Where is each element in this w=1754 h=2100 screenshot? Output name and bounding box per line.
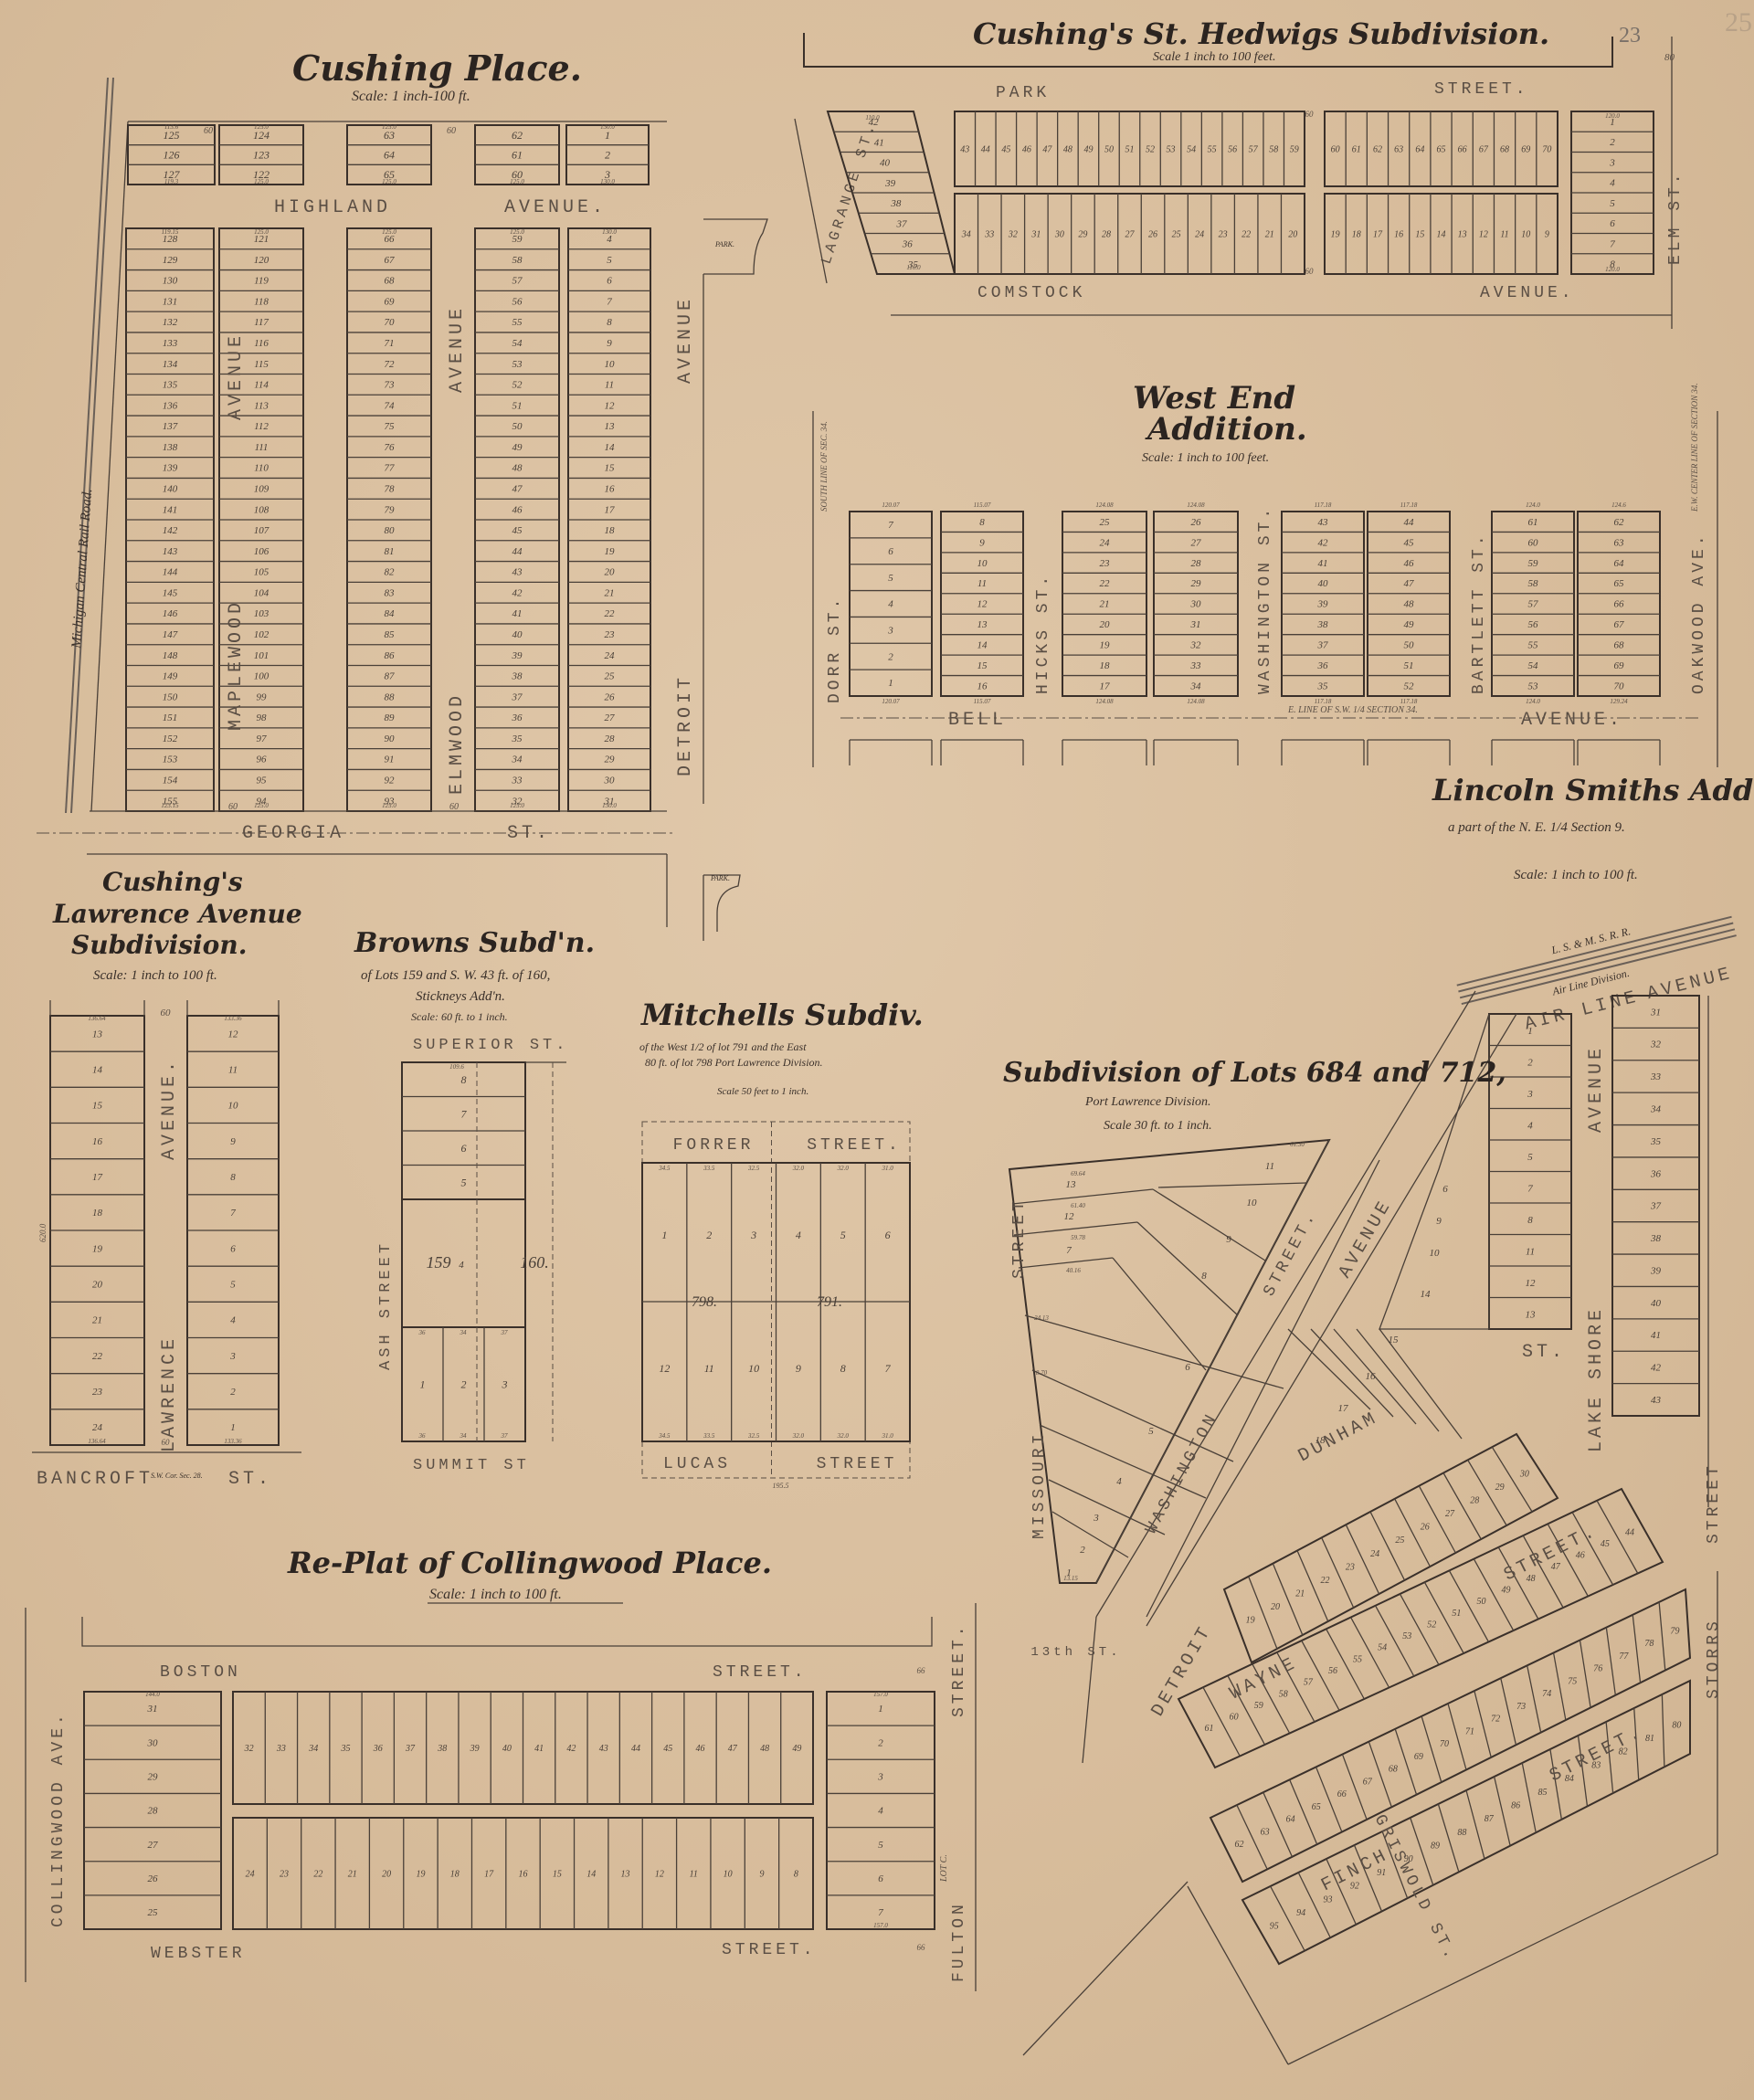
lot-number: 3 (1093, 1513, 1099, 1524)
svg-text:125.0: 125.0 (254, 228, 269, 236)
svg-text:89: 89 (1431, 1841, 1440, 1852)
lot-number: 149 (163, 671, 178, 682)
lot-number: 9 (979, 537, 985, 548)
lot-number: 77 (385, 463, 396, 474)
lot-number: 24 (605, 650, 616, 661)
lot-number: 80 (385, 525, 396, 536)
svg-text:10: 10 (1430, 1248, 1441, 1259)
lot-number: 14 (586, 1869, 596, 1879)
street-oakwood: OAKWOOD AVE. (1690, 532, 1708, 694)
lincoln-smiths-subtitle: a part of the N. E. 1/4 Section 9. (1448, 820, 1625, 835)
svg-text:136.64: 136.64 (88, 1015, 106, 1022)
svg-text:4: 4 (1527, 1121, 1533, 1132)
street-georgia-st: ST. (507, 823, 551, 844)
lot-number: 10 (724, 1869, 733, 1879)
svg-text:125.0: 125.0 (382, 123, 396, 131)
lot-number: 62 (1373, 144, 1382, 154)
plat-map-canvas: 23 25 Cushing Place. Scale: 1 inch-100 f… (0, 0, 1754, 2100)
browns-scale: Scale: 60 ft. to 1 inch. (411, 1010, 508, 1023)
lot-number: 12 (605, 400, 616, 411)
lot-number: 46 (512, 504, 523, 515)
lot-number: 91 (385, 755, 395, 765)
street-lucas-street: STREET (817, 1455, 898, 1473)
lot-number: 42 (1651, 1363, 1662, 1374)
lot-number: 34 (512, 755, 523, 765)
corner-mark: 25 (1725, 7, 1752, 37)
lot-number: 48 (512, 463, 523, 474)
street-boston-street: STREET. (713, 1663, 808, 1682)
lot-number: 8 (230, 1172, 236, 1183)
lot-number: 50 (512, 421, 523, 432)
lot-number: 101 (254, 650, 269, 661)
lot-number: 56 (512, 296, 523, 307)
lot-number: 27 (1125, 229, 1136, 239)
lot-number: 43 (1318, 517, 1329, 528)
lot-number: 69 (385, 296, 396, 307)
lot-number: 28 (605, 733, 616, 744)
street-lakeshore-avenue: AVENUE (1586, 1045, 1607, 1133)
lot-number: 8 (461, 1073, 467, 1086)
lot-number: 74 (385, 400, 396, 411)
lawrence-title-3: Subdivision. (71, 930, 247, 960)
lot-number: 3 (229, 1351, 236, 1362)
lot-number: 22 (313, 1869, 322, 1879)
svg-text:7: 7 (1527, 1184, 1533, 1195)
lincoln-smiths-scale: Scale: 1 inch to 100 ft. (1514, 868, 1638, 882)
svg-text:119.15: 119.15 (162, 228, 179, 236)
lot-number: 2 (230, 1387, 236, 1398)
lot-number: 47 (512, 483, 523, 494)
street-13th: 13th ST. (1030, 1645, 1121, 1660)
street-superior: SUPERIOR ST. (413, 1037, 568, 1054)
street-dunham: DUNHAM (1294, 1408, 1382, 1467)
svg-text:66: 66 (1337, 1789, 1347, 1799)
lot-number: 53 (1167, 144, 1176, 154)
lot-number: 7 (461, 1107, 468, 1120)
lot-number: 27 (605, 712, 616, 723)
lot-number: 142 (163, 525, 178, 536)
lot-number: 31 (1650, 1007, 1661, 1018)
lot-number: 41 (1318, 558, 1328, 569)
street-elmwood: ELMWOOD (447, 692, 468, 795)
lot-number: 36 (373, 1744, 383, 1754)
lot-number: 61 (1352, 144, 1361, 154)
lot-number: 98 (257, 712, 268, 723)
lot-number: 3 (877, 1772, 883, 1783)
lot-number: 13 (977, 619, 988, 630)
lot-number: 34 (961, 229, 971, 239)
lot-number: 30 (147, 1737, 159, 1748)
lot-number: 115 (254, 359, 269, 370)
svg-text:36: 36 (418, 1432, 427, 1440)
svg-text:71: 71 (1465, 1726, 1474, 1736)
lot-number: 10 (605, 359, 616, 370)
svg-text:119.3: 119.3 (164, 178, 179, 185)
lot-number: 83 (385, 587, 396, 598)
street-maplewood: MAPLEWOOD (226, 599, 247, 731)
svg-text:125.0: 125.0 (254, 178, 269, 185)
lot-number: 113 (254, 400, 269, 411)
lot-number: 17 (484, 1869, 494, 1879)
lot-number: 56 (1528, 619, 1539, 630)
lot-number: 116 (254, 338, 269, 349)
parent-lot-159: 159 (427, 1253, 451, 1272)
lot-number: 64 (384, 149, 395, 162)
lot-number: 89 (385, 712, 396, 723)
lot-number: 28 (148, 1806, 159, 1817)
lot-number: 143 (163, 546, 178, 557)
mitchells-subtitle-2: 80 ft. of lot 798 Port Lawrence Division… (645, 1056, 823, 1069)
lot-number: 54 (1528, 660, 1539, 671)
svg-text:115.07: 115.07 (974, 698, 991, 705)
street-fulton: FULTON (950, 1901, 968, 1982)
lot-number: 141 (163, 504, 178, 515)
lot-number: 17 (92, 1172, 103, 1183)
svg-text:60: 60 (447, 126, 456, 136)
lots-684-title: Subdivision of Lots 684 and 712, (1003, 1057, 1506, 1089)
mitchells-scale: Scale 50 feet to 1 inch. (717, 1086, 808, 1097)
lot-number: 46 (1022, 144, 1031, 154)
lot-number: 32 (1008, 229, 1018, 239)
lot-number: 25 (1100, 517, 1111, 528)
svg-text:15: 15 (1389, 1335, 1400, 1345)
lot-number: 30 (604, 775, 616, 786)
lot-number: 66 (1458, 144, 1467, 154)
lot-number: 70 (1614, 681, 1625, 691)
svg-text:87: 87 (1485, 1814, 1495, 1824)
svg-text:64: 64 (1286, 1815, 1295, 1825)
lot-number: 28 (1191, 558, 1202, 569)
svg-text:130.0: 130.0 (600, 123, 615, 131)
lot-number: 11 (977, 578, 987, 589)
svg-text:109.6: 109.6 (449, 1063, 464, 1071)
street-highland-avenue: AVENUE. (504, 197, 607, 218)
lot-number: 6 (230, 1243, 236, 1254)
lot-number: 48 (1063, 144, 1072, 154)
lot-number: 1 (878, 1704, 883, 1715)
lot-number: 105 (254, 567, 269, 578)
lot-number: 60 (1331, 144, 1340, 154)
lot-number: 87 (385, 671, 396, 682)
lot-number: 95 (257, 775, 268, 786)
lot-number: 102 (254, 629, 269, 640)
svg-text:620.0: 620.0 (38, 1223, 48, 1242)
lot-number: 22 (1242, 229, 1251, 239)
lot-number: 31 (1190, 619, 1201, 630)
lot-number: 67 (385, 255, 396, 266)
lawrence-title-1: Cushing's (102, 867, 243, 897)
lot-number: 154 (163, 775, 178, 786)
svg-text:124.08: 124.08 (1187, 698, 1205, 705)
svg-text:17: 17 (1338, 1403, 1349, 1414)
lot-number: 23 (605, 629, 616, 640)
lot-number: 56 (1228, 144, 1237, 154)
lot-number: 38 (1650, 1233, 1662, 1244)
lot-number: 135 (163, 380, 178, 391)
svg-text:32.0: 32.0 (792, 1432, 805, 1440)
svg-text:125.0: 125.0 (510, 802, 524, 809)
lot-number: 4 (888, 599, 893, 610)
lot-number: 17 (1100, 681, 1111, 691)
lot-number: 10 (1247, 1198, 1258, 1208)
lot-number: 21 (605, 587, 615, 598)
lawrence-scale: Scale: 1 inch to 100 ft. (93, 968, 217, 983)
svg-text:117.18: 117.18 (1400, 698, 1418, 705)
svg-text:SOUTH LINE OF SEC. 34.: SOUTH LINE OF SEC. 34. (819, 421, 829, 512)
lot-number: 43 (512, 567, 523, 578)
lot-number: 96 (257, 755, 268, 765)
lot-number: 35 (1650, 1136, 1662, 1147)
svg-text:58: 58 (1279, 1689, 1288, 1699)
lot-number: 114 (254, 380, 269, 391)
lot-number: 15 (977, 660, 988, 671)
lawrence-avenue-plat: Cushing's Lawrence Avenue Subdivision. S… (32, 867, 302, 1490)
svg-text:6: 6 (1442, 1184, 1448, 1195)
lot-number: 6 (878, 1873, 883, 1884)
svg-text:65: 65 (1312, 1802, 1321, 1812)
svg-text:59.78: 59.78 (1071, 1234, 1085, 1241)
svg-text:52: 52 (1427, 1620, 1436, 1630)
lot-number: 18 (1100, 660, 1111, 671)
lot-number: 107 (254, 525, 269, 536)
svg-text:62: 62 (1235, 1840, 1244, 1850)
svg-text:125.0: 125.0 (510, 178, 524, 185)
lot-number: 6 (888, 546, 893, 557)
lot-number: 146 (163, 608, 178, 619)
svg-text:20: 20 (1271, 1602, 1280, 1612)
svg-text:61: 61 (1205, 1724, 1214, 1734)
svg-text:4: 4 (796, 1229, 801, 1241)
lot-number: 44 (512, 546, 523, 557)
section-line-label: E. LINE OF S.W. 1/4 SECTION 34. (1287, 705, 1418, 715)
lot-number: 26 (1191, 517, 1202, 528)
svg-text:85: 85 (1537, 1788, 1547, 1798)
svg-text:28: 28 (1470, 1495, 1479, 1505)
lot-number: 21 (1265, 229, 1274, 239)
lot-number: 44 (631, 1744, 640, 1754)
lot-number: 37 (1317, 640, 1329, 651)
svg-text:69.64: 69.64 (1071, 1170, 1085, 1177)
lot-number: 65 (1437, 144, 1446, 154)
svg-text:29: 29 (1495, 1483, 1505, 1493)
lot-number: 27 (1191, 537, 1202, 548)
svg-text:60: 60 (1230, 1713, 1239, 1723)
st-hedwigs-scale: Scale 1 inch to 100 feet. (1153, 50, 1276, 64)
svg-text:19: 19 (1246, 1616, 1255, 1626)
svg-text:120.0: 120.0 (1605, 266, 1620, 273)
street-detroit: DETROIT (675, 674, 696, 776)
lot-number: 7 (607, 296, 612, 307)
svg-text:80: 80 (1672, 1720, 1681, 1730)
street-fulton-street: STREET. (950, 1622, 968, 1717)
lot-number: 130 (163, 276, 178, 287)
svg-text:32.0: 32.0 (837, 1165, 850, 1172)
svg-text:26: 26 (1421, 1523, 1430, 1533)
svg-text:16: 16 (1366, 1371, 1377, 1382)
page-number: 23 (1619, 24, 1641, 47)
lot-number: 6 (1610, 218, 1615, 229)
west-end-scale: Scale: 1 inch to 100 feet. (1142, 451, 1269, 465)
svg-text:157.0: 157.0 (873, 1922, 888, 1929)
svg-text:8.70: 8.70 (1036, 1369, 1048, 1377)
lot-number: 30 (1054, 229, 1064, 239)
lot-number: 63 (1614, 537, 1625, 548)
svg-text:67: 67 (1363, 1777, 1373, 1787)
street-forrer: FORRER (673, 1136, 755, 1155)
lot-number: 23 (1219, 229, 1228, 239)
svg-text:LOT C.: LOT C. (939, 1854, 949, 1883)
lot-number: 13 (92, 1029, 103, 1039)
svg-text:9: 9 (796, 1362, 801, 1375)
svg-text:1: 1 (1527, 1026, 1533, 1037)
lot-number: 133 (163, 338, 178, 349)
lot-number: 14 (1437, 229, 1446, 239)
svg-text:55: 55 (1353, 1654, 1362, 1664)
lot-number: 38 (1317, 619, 1329, 630)
street-storrs: STORRS (1705, 1618, 1723, 1699)
lot-number: 31 (147, 1704, 158, 1715)
svg-text:49: 49 (1502, 1586, 1511, 1596)
street-webster-street: STREET. (722, 1941, 817, 1959)
svg-text:144.0: 144.0 (145, 1691, 160, 1698)
lot-number: 58 (1269, 144, 1278, 154)
lot-number: 8 (979, 517, 985, 528)
svg-text:13.15: 13.15 (1063, 1575, 1078, 1582)
lot-number: 35 (512, 733, 523, 744)
lot-number: 29 (1191, 578, 1202, 589)
lot-number: 138 (163, 442, 178, 453)
lot-number: 18 (605, 525, 616, 536)
svg-text:34: 34 (460, 1329, 468, 1336)
lot-number: 16 (605, 483, 616, 494)
lot-number: 84 (385, 608, 396, 619)
lot-number: 13 (621, 1869, 630, 1879)
lot-number: 4 (1116, 1476, 1122, 1487)
lot-number: 12 (1479, 229, 1488, 239)
lot-number: 144 (163, 567, 178, 578)
svg-text:76: 76 (1593, 1664, 1602, 1674)
svg-text:125.0: 125.0 (382, 802, 396, 809)
street-lucas: LUCAS (663, 1455, 731, 1473)
street-boston: BOSTON (160, 1663, 241, 1682)
lot-number: 19 (1100, 640, 1111, 651)
svg-text:130.0: 130.0 (600, 178, 615, 185)
svg-text:34.5: 34.5 (658, 1165, 671, 1172)
lot-number: 108 (254, 504, 269, 515)
lot-number: 7 (1066, 1245, 1072, 1256)
street-bancroft: BANCROFT (37, 1469, 153, 1490)
lot-number: 140 (163, 483, 178, 494)
lot-number: 111 (255, 442, 269, 453)
lot-number: 12 (655, 1869, 664, 1879)
lot-number: 54 (1187, 144, 1196, 154)
svg-text:31.0: 31.0 (881, 1165, 893, 1172)
svg-text:3: 3 (750, 1229, 756, 1241)
lot-number: 19 (605, 546, 616, 557)
svg-text:88: 88 (1457, 1828, 1466, 1838)
lot-number: 37 (512, 691, 523, 702)
lot-number: 41 (512, 608, 523, 619)
lot-number: 14 (977, 640, 988, 651)
lot-number: 4 (878, 1806, 883, 1817)
lot-number: 45 (663, 1744, 672, 1754)
lot-number: 88 (385, 691, 396, 702)
lot-number: 19 (416, 1869, 425, 1879)
collingwood-title: Re-Plat of Collingwood Place. (287, 1546, 772, 1580)
svg-text:3: 3 (1527, 1089, 1533, 1100)
lot-number: 134 (163, 359, 178, 370)
lot-number: 49 (792, 1744, 801, 1754)
lot-number: 16 (92, 1136, 103, 1147)
lot-number: 5 (1610, 198, 1615, 209)
lot-number: 82 (385, 567, 396, 578)
lot-number: 18 (450, 1869, 460, 1879)
street-detroit-avenue: AVENUE (675, 296, 696, 384)
svg-text:61.40: 61.40 (1071, 1202, 1085, 1209)
lot-number: 23 (280, 1869, 289, 1879)
lot-number: 52 (512, 380, 523, 391)
lot-number: 70 (1542, 144, 1551, 154)
svg-text:10: 10 (748, 1362, 759, 1375)
park-label-north: PARK. (714, 240, 734, 248)
lot-number: 137 (163, 421, 178, 432)
lot-number: 38 (437, 1744, 447, 1754)
lot-number: 70 (385, 317, 396, 328)
lot-number: 43 (960, 144, 969, 154)
lot-number: 31 (1030, 229, 1041, 239)
cushing-place-plat: Cushing Place. Scale: 1 inch-100 ft. Mic… (37, 47, 767, 941)
lot-number: 39 (1650, 1265, 1662, 1276)
svg-text:124.08: 124.08 (1095, 501, 1114, 509)
lot-number: 3 (502, 1378, 508, 1391)
lot-number: 86 (385, 650, 396, 661)
svg-text:60: 60 (1305, 267, 1315, 276)
svg-text:120.0: 120.0 (1605, 112, 1620, 120)
lot-number: 24 (92, 1422, 103, 1433)
lot-number: 44 (1404, 517, 1415, 528)
lot-number: 11 (690, 1869, 698, 1879)
lot-number: 14 (605, 442, 616, 453)
lot-number: 30 (1190, 599, 1202, 610)
lot-number: 34 (1650, 1104, 1662, 1115)
lot-number: 36 (512, 712, 523, 723)
lot-number: 27 (148, 1840, 159, 1851)
lot-number: 45 (1404, 537, 1415, 548)
lot-number: 1 (420, 1378, 426, 1391)
svg-text:68: 68 (1389, 1765, 1398, 1775)
svg-text:124.08: 124.08 (1095, 698, 1114, 705)
lot-number: 2 (605, 149, 610, 162)
lot-number: 147 (163, 629, 178, 640)
street-missouri-street: STREET (1010, 1198, 1029, 1279)
svg-text:125.0: 125.0 (382, 228, 396, 236)
lot-number: 64 (1415, 144, 1424, 154)
street-maplewood-avenue: AVENUE (226, 332, 247, 420)
svg-text:77: 77 (1619, 1652, 1629, 1662)
lot-number: 33 (984, 229, 994, 239)
lot-number: 62 (512, 129, 523, 142)
lot-number: 53 (512, 359, 523, 370)
lot-number: 126 (164, 149, 180, 162)
lot-number: 26 (605, 691, 616, 702)
svg-text:S.W. Cor. Sec. 28.: S.W. Cor. Sec. 28. (151, 1472, 203, 1480)
svg-text:136.64: 136.64 (88, 1438, 106, 1445)
lot-number: 33 (276, 1744, 286, 1754)
svg-text:72: 72 (1491, 1715, 1500, 1725)
lot-number: 150 (163, 691, 178, 702)
lot-number: 97 (257, 733, 268, 744)
lot-number: 39 (470, 1744, 480, 1754)
